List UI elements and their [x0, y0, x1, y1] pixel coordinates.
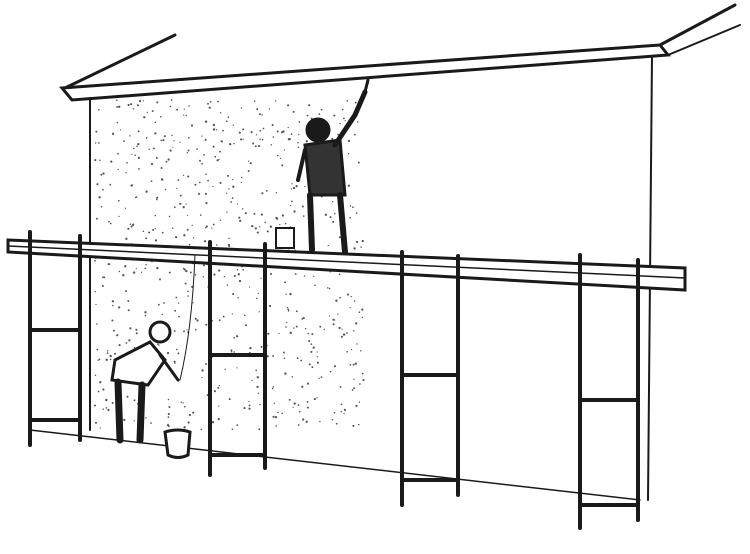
rope	[180, 255, 195, 380]
worker-on-ground	[112, 322, 190, 458]
bucket	[165, 430, 190, 458]
drawing	[0, 0, 750, 554]
roof-eave	[62, 5, 740, 100]
paint-can	[276, 228, 294, 248]
worker-on-scaffold	[276, 80, 368, 252]
scaffold-illustration	[0, 0, 750, 554]
